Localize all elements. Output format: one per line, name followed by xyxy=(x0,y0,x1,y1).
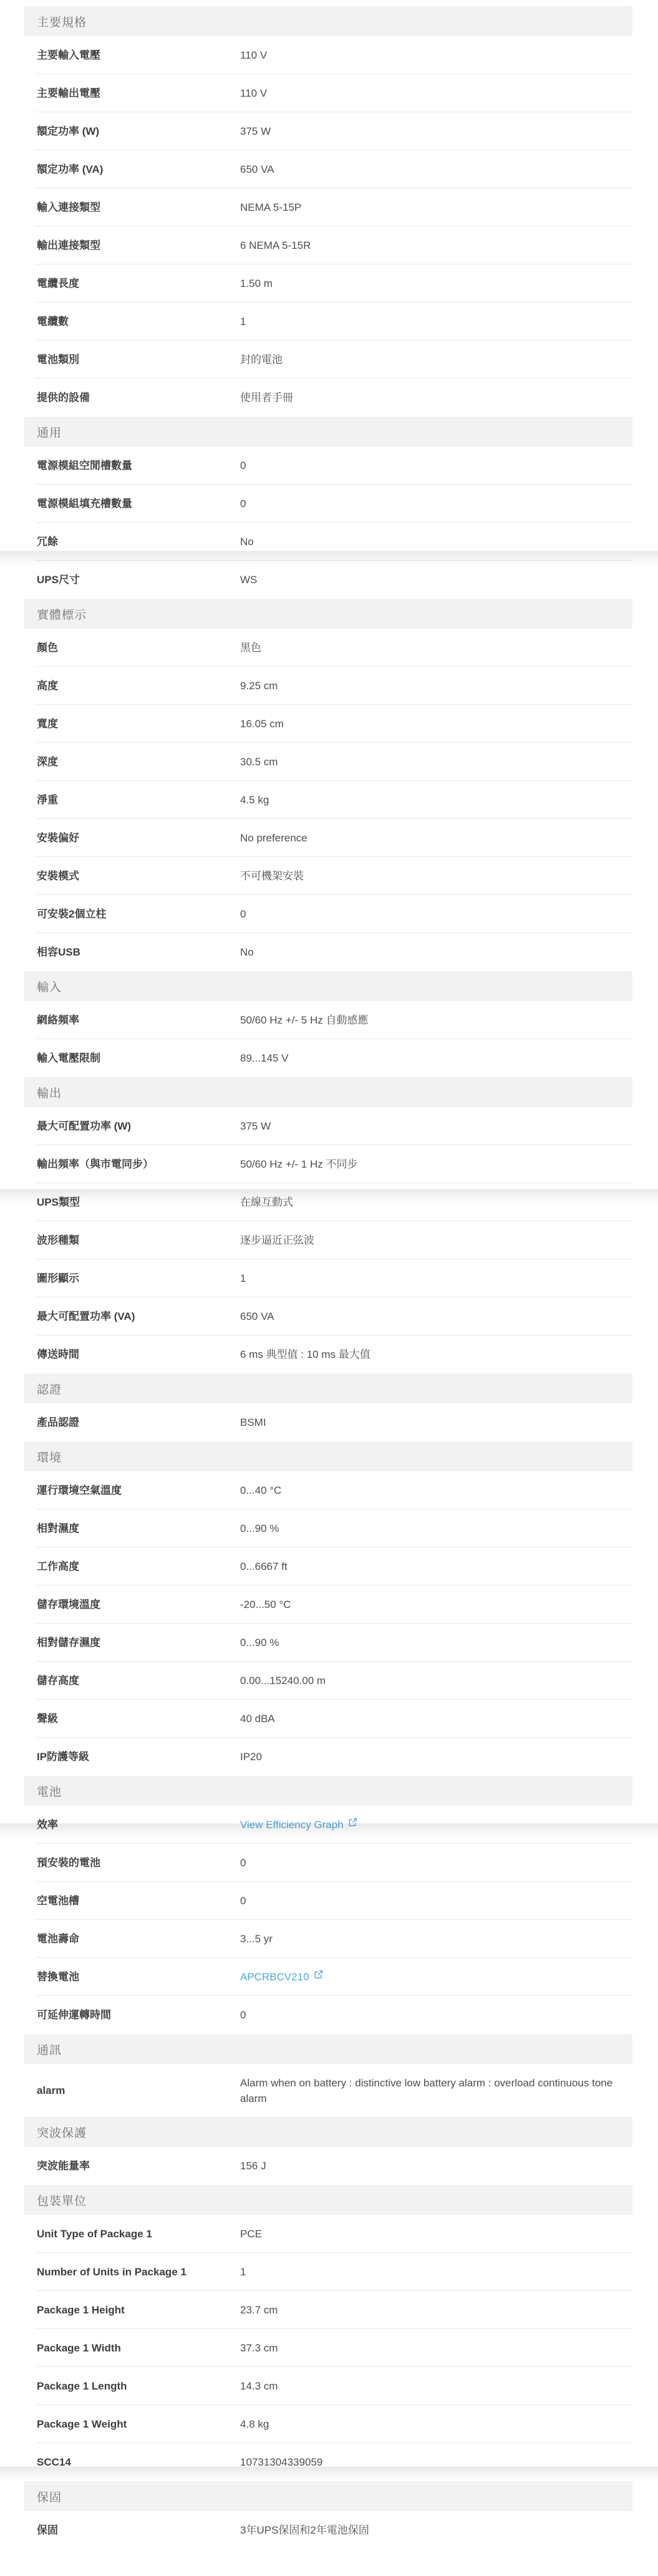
section-rows: 顏色黑色高度9.25 cm寬度16.05 cm深度30.5 cm淨重4.5 kg… xyxy=(24,629,632,971)
spec-value: 375 W xyxy=(240,1118,620,1134)
spec-row: 相容USBNo xyxy=(24,933,632,971)
spec-row: Unit Type of Package 1PCE xyxy=(24,2215,632,2253)
spec-label: 寬度 xyxy=(37,717,240,732)
spec-label: 淨重 xyxy=(37,793,240,808)
spec-row: 電纜長度1.50 m xyxy=(24,264,632,303)
spec-value: 1.50 m xyxy=(240,276,620,291)
spec-label: Package 1 Height xyxy=(37,2303,240,2318)
section-title: 主要規格 xyxy=(37,13,87,30)
spec-label: 電纜長度 xyxy=(37,276,240,291)
spec-row: IP防護等級IP20 xyxy=(24,1738,632,1776)
spec-row: 電池類別封的電池 xyxy=(24,341,632,379)
section-title: 輸入 xyxy=(37,978,62,995)
spec-label: 顏色 xyxy=(37,641,240,656)
spec-row: 最大可配置功率 (VA)650 VA xyxy=(24,1297,632,1335)
spec-row: 效率View Efficiency Graph xyxy=(24,1806,632,1844)
section-rows: 效率View Efficiency Graph預安裝的電池0空電池槽0電池壽命3… xyxy=(24,1806,632,2034)
spec-value: 40 dBA xyxy=(240,1711,620,1726)
spec-label: 額定功率 (VA) xyxy=(37,162,240,177)
spec-label: 效率 xyxy=(37,1818,240,1833)
spec-label: 可延伸運轉時間 xyxy=(37,2008,240,2023)
external-link-icon xyxy=(314,1968,323,1983)
spec-value: 6 ms 典型值 : 10 ms 最大值 xyxy=(240,1347,620,1362)
spec-value: 14.3 cm xyxy=(240,2378,620,2394)
section-rows: 產品認證BSMI xyxy=(24,1403,632,1441)
spec-value: 156 J xyxy=(240,2158,620,2174)
spec-row: 波形種類逐步逼近正弦波 xyxy=(24,1221,632,1259)
spec-value: 封的電池 xyxy=(240,352,620,367)
section-title: 輸出 xyxy=(37,1084,62,1101)
spec-value: 50/60 Hz +/- 1 Hz 不同步 xyxy=(240,1156,620,1172)
spec-label: 儲存高度 xyxy=(37,1673,240,1688)
section-header: 環境 xyxy=(24,1441,632,1471)
spec-row: 提供的設備使用者手冊 xyxy=(24,379,632,417)
spec-row: UPS類型在線互動式 xyxy=(24,1183,632,1221)
spec-label: 相對濕度 xyxy=(37,1521,240,1536)
spec-row: alarmAlarm when on battery : distinctive… xyxy=(24,2064,632,2117)
spec-value: 0...90 % xyxy=(240,1521,620,1536)
spec-label: 輸出頻率（與市電同步） xyxy=(37,1157,240,1172)
spec-label: 冗餘 xyxy=(37,535,240,550)
spec-value: 黑色 xyxy=(240,640,620,656)
spec-label: 波形種類 xyxy=(37,1233,240,1248)
spec-label: 空電池槽 xyxy=(37,1894,240,1909)
spec-value: 1 xyxy=(240,314,620,329)
view-efficiency-graph-link[interactable]: View Efficiency Graph xyxy=(240,1816,357,1834)
spec-row: 相對濕度0...90 % xyxy=(24,1509,632,1547)
spec-value: 0 xyxy=(240,1893,620,1909)
spec-value: 110 V xyxy=(240,85,620,101)
section-title: 突波保護 xyxy=(37,2124,87,2141)
spec-row: 安裝模式不可機架安裝 xyxy=(24,857,632,895)
spec-value: 37.3 cm xyxy=(240,2340,620,2356)
spec-value: 0 xyxy=(240,2007,620,2023)
spec-label: Unit Type of Package 1 xyxy=(37,2227,240,2242)
spec-value: 0 xyxy=(240,1855,620,1871)
spec-value: 1 xyxy=(240,1271,620,1286)
spec-label: 電纜數 xyxy=(37,314,240,329)
section-rows: 保固3年UPS保固和2年電池保固 xyxy=(24,2511,632,2549)
section-header: 認證 xyxy=(24,1373,632,1403)
spec-row: 替換電池APCRBCV210 xyxy=(24,1958,632,1996)
spec-label: Package 1 Width xyxy=(37,2341,240,2356)
spec-value: BSMI xyxy=(240,1415,620,1430)
spec-label: 電池壽命 xyxy=(37,1932,240,1947)
spec-value: APCRBCV210 xyxy=(240,1968,620,1987)
spec-label: Number of Units in Package 1 xyxy=(37,2265,240,2280)
spec-label: 聲級 xyxy=(37,1712,240,1726)
spec-row: 顏色黑色 xyxy=(24,629,632,667)
spec-label: 相容USB xyxy=(37,945,240,960)
spec-label: SCC14 xyxy=(37,2455,240,2470)
spec-value: 9.25 cm xyxy=(240,678,620,694)
section-header: 通用 xyxy=(24,417,632,447)
spec-label: 傳送時間 xyxy=(37,1347,240,1362)
spec-label: 最大可配置功率 (VA) xyxy=(37,1309,240,1324)
spec-row: UPS尺寸WS xyxy=(24,561,632,599)
spec-value: No xyxy=(240,534,620,550)
spec-row: 儲存環境溫度-20...50 °C xyxy=(24,1586,632,1624)
spec-row: 預安裝的電池0 xyxy=(24,1844,632,1882)
spec-row: Package 1 Weight4.8 kg xyxy=(24,2405,632,2443)
replacement-battery-link[interactable]: APCRBCV210 xyxy=(240,1968,323,1987)
section-title: 實體標示 xyxy=(37,606,87,622)
spec-label: 產品認證 xyxy=(37,1415,240,1430)
spec-label: Package 1 Weight xyxy=(37,2417,240,2432)
spec-label: 圖形顯示 xyxy=(37,1271,240,1286)
section-header: 電池 xyxy=(24,1776,632,1806)
spec-label: 輸出連接類型 xyxy=(37,238,240,253)
spec-row: 額定功率 (W)375 W xyxy=(24,112,632,150)
spec-row: 聲級40 dBA xyxy=(24,1700,632,1738)
section-rows: 主要輸入電壓110 V主要輸出電壓110 V額定功率 (W)375 W額定功率 … xyxy=(24,36,632,417)
spec-value: WS xyxy=(240,572,620,588)
section-header: 保固 xyxy=(24,2481,632,2511)
section-title: 環境 xyxy=(37,1448,62,1465)
spec-label: 主要輸入電壓 xyxy=(37,48,240,63)
spec-row: 儲存高度0.00...15240.00 m xyxy=(24,1662,632,1700)
spec-value: 3...5 yr xyxy=(240,1931,620,1947)
spec-label: 安裝模式 xyxy=(37,869,240,884)
spec-row: 運行環境空氣溫度0...40 °C xyxy=(24,1471,632,1509)
spec-row: 額定功率 (VA)650 VA xyxy=(24,150,632,188)
spec-value: 89...145 V xyxy=(240,1050,620,1066)
spec-value: 375 W xyxy=(240,123,620,139)
spec-value: 不可機架安裝 xyxy=(240,868,620,884)
spec-label: IP防護等級 xyxy=(37,1750,240,1765)
spec-row: 電源模組填充槽數量0 xyxy=(24,485,632,523)
spec-value: 0 xyxy=(240,906,620,922)
spec-value: 4.5 kg xyxy=(240,792,620,808)
spec-label: 最大可配置功率 (W) xyxy=(37,1119,240,1134)
spec-row: 工作高度0...6667 ft xyxy=(24,1547,632,1586)
spec-value: 50/60 Hz +/- 5 Hz 自動感應 xyxy=(240,1012,620,1028)
spec-row: 保固3年UPS保固和2年電池保固 xyxy=(24,2511,632,2549)
section-rows: 突波能量率156 J xyxy=(24,2147,632,2185)
spec-label: 相對儲存濕度 xyxy=(37,1635,240,1650)
spec-row: 空電池槽0 xyxy=(24,1882,632,1920)
spec-label: 網絡頻率 xyxy=(37,1013,240,1028)
spec-label: 電池類別 xyxy=(37,352,240,367)
spec-value: 4.8 kg xyxy=(240,2416,620,2432)
spec-value: 650 VA xyxy=(240,162,620,177)
spec-label: 電源模組填充槽數量 xyxy=(37,496,240,511)
spec-value: Alarm when on battery : distinctive low … xyxy=(240,2075,620,2106)
section-header: 突波保護 xyxy=(24,2117,632,2147)
spec-label: alarm xyxy=(37,2083,240,2098)
section-rows: 運行環境空氣溫度0...40 °C相對濕度0...90 %工作高度0...666… xyxy=(24,1471,632,1776)
spec-row: 寬度16.05 cm xyxy=(24,705,632,743)
spec-row: 淨重4.5 kg xyxy=(24,781,632,819)
spec-row: 深度30.5 cm xyxy=(24,743,632,781)
section-title: 保固 xyxy=(37,2488,62,2505)
section-rows: 電源模組空閒槽數量0電源模組填充槽數量0冗餘NoUPS尺寸WS xyxy=(24,447,632,599)
spec-row: 突波能量率156 J xyxy=(24,2147,632,2185)
section-header: 包裝單位 xyxy=(24,2185,632,2215)
spec-label: UPS尺寸 xyxy=(37,573,240,588)
spec-label: 輸入電壓限制 xyxy=(37,1051,240,1066)
spec-label: 額定功率 (W) xyxy=(37,124,240,139)
spec-label: UPS類型 xyxy=(37,1195,240,1210)
spec-value: 0 xyxy=(240,496,620,511)
spec-row: 輸入連接類型NEMA 5-15P xyxy=(24,188,632,226)
spec-label: 預安裝的電池 xyxy=(37,1856,240,1871)
section-header: 主要規格 xyxy=(24,6,632,36)
spec-row: 主要輸出電壓110 V xyxy=(24,74,632,112)
section-header: 輸出 xyxy=(24,1077,632,1107)
link-label: View Efficiency Graph xyxy=(240,1817,344,1833)
section-title: 電池 xyxy=(37,1783,62,1799)
spec-row: Package 1 Width37.3 cm xyxy=(24,2329,632,2367)
spec-value: 0 xyxy=(240,458,620,473)
section-title: 包裝單位 xyxy=(37,2192,87,2209)
section-rows: 最大可配置功率 (W)375 W輸出頻率（與市電同步）50/60 Hz +/- … xyxy=(24,1107,632,1373)
spec-value: 0...90 % xyxy=(240,1635,620,1650)
spec-row: 冗餘No xyxy=(24,523,632,561)
external-link-icon xyxy=(348,1816,357,1831)
spec-value: View Efficiency Graph xyxy=(240,1816,620,1834)
spec-value: 0...40 °C xyxy=(240,1483,620,1498)
spec-label: 輸入連接類型 xyxy=(37,200,240,215)
spec-label: 高度 xyxy=(37,679,240,694)
spec-value: 使用者手冊 xyxy=(240,390,620,405)
spec-value: -20...50 °C xyxy=(240,1597,620,1612)
spec-row: Package 1 Height23.7 cm xyxy=(24,2291,632,2329)
spec-label: 保固 xyxy=(37,2523,240,2538)
spec-row: 電池壽命3...5 yr xyxy=(24,1920,632,1958)
spec-label: 工作高度 xyxy=(37,1559,240,1574)
spec-value: 6 NEMA 5-15R xyxy=(240,238,620,253)
spec-row: 網絡頻率50/60 Hz +/- 5 Hz 自動感應 xyxy=(24,1001,632,1039)
spec-value: PCE xyxy=(240,2226,620,2242)
spec-value: 10731304339059 xyxy=(240,2454,620,2470)
spec-row: 可延伸運轉時間0 xyxy=(24,1996,632,2034)
spec-label: 電源模組空閒槽數量 xyxy=(37,458,240,473)
spec-label: 主要輸出電壓 xyxy=(37,86,240,101)
spec-label: 運行環境空氣溫度 xyxy=(37,1483,240,1498)
spec-row: 高度9.25 cm xyxy=(24,667,632,705)
spec-row: 輸出連接類型6 NEMA 5-15R xyxy=(24,226,632,264)
spec-value: 23.7 cm xyxy=(240,2302,620,2318)
section-header: 通訊 xyxy=(24,2034,632,2064)
section-header: 輸入 xyxy=(24,971,632,1001)
spec-value: NEMA 5-15P xyxy=(240,200,620,215)
section-title: 通訊 xyxy=(37,2041,62,2058)
spec-row: 相對儲存濕度0...90 % xyxy=(24,1624,632,1662)
spec-value: 逐步逼近正弦波 xyxy=(240,1232,620,1248)
spec-row: 圖形顯示1 xyxy=(24,1259,632,1297)
spec-value: 3年UPS保固和2年電池保固 xyxy=(240,2522,620,2538)
spec-row: 主要輸入電壓110 V xyxy=(24,36,632,74)
spec-label: 可安裝2個立柱 xyxy=(37,907,240,922)
spec-row: Number of Units in Package 11 xyxy=(24,2253,632,2291)
spec-value: 在線互動式 xyxy=(240,1194,620,1210)
product-spec-table: 主要規格主要輸入電壓110 V主要輸出電壓110 V額定功率 (W)375 W額… xyxy=(24,6,632,2549)
spec-value: 1 xyxy=(240,2264,620,2280)
spec-label: 突波能量率 xyxy=(37,2159,240,2174)
section-title: 通用 xyxy=(37,424,62,440)
spec-row: 電纜數1 xyxy=(24,303,632,341)
section-title: 認證 xyxy=(37,1380,62,1397)
section-rows: alarmAlarm when on battery : distinctive… xyxy=(24,2064,632,2117)
spec-label: Package 1 Length xyxy=(37,2379,240,2394)
spec-value: 16.05 cm xyxy=(240,716,620,732)
spec-row: 輸出頻率（與市電同步）50/60 Hz +/- 1 Hz 不同步 xyxy=(24,1145,632,1183)
spec-row: 電源模組空閒槽數量0 xyxy=(24,447,632,485)
spec-value: 30.5 cm xyxy=(240,754,620,770)
spec-row: 安裝偏好No preference xyxy=(24,819,632,857)
spec-value: IP20 xyxy=(240,1749,620,1765)
spec-label: 安裝偏好 xyxy=(37,831,240,846)
spec-value: 0.00...15240.00 m xyxy=(240,1673,620,1688)
spec-row: 傳送時間6 ms 典型值 : 10 ms 最大值 xyxy=(24,1335,632,1373)
spec-row: Package 1 Length14.3 cm xyxy=(24,2367,632,2405)
spec-value: 0...6667 ft xyxy=(240,1559,620,1574)
spec-label: 深度 xyxy=(37,755,240,770)
spec-row: 輸入電壓限制89...145 V xyxy=(24,1039,632,1077)
spec-value: No xyxy=(240,944,620,960)
spec-value: 110 V xyxy=(240,47,620,63)
spec-row: 產品認證BSMI xyxy=(24,1403,632,1441)
spec-page: { "colors": { "section_header_bg": "#F2F… xyxy=(0,6,658,2576)
section-rows: 網絡頻率50/60 Hz +/- 5 Hz 自動感應輸入電壓限制89...145… xyxy=(24,1001,632,1077)
section-header: 實體標示 xyxy=(24,599,632,629)
spec-value: No preference xyxy=(240,830,620,846)
spec-label: 提供的設備 xyxy=(37,390,240,405)
spec-label: 儲存環境溫度 xyxy=(37,1597,240,1612)
spec-row: 可安裝2個立柱0 xyxy=(24,895,632,933)
spec-value: 650 VA xyxy=(240,1309,620,1324)
spec-label: 替換電池 xyxy=(37,1970,240,1985)
spec-row: 最大可配置功率 (W)375 W xyxy=(24,1107,632,1145)
spec-row: SCC1410731304339059 xyxy=(24,2443,632,2481)
link-label: APCRBCV210 xyxy=(240,1969,309,1985)
section-rows: Unit Type of Package 1PCENumber of Units… xyxy=(24,2215,632,2481)
